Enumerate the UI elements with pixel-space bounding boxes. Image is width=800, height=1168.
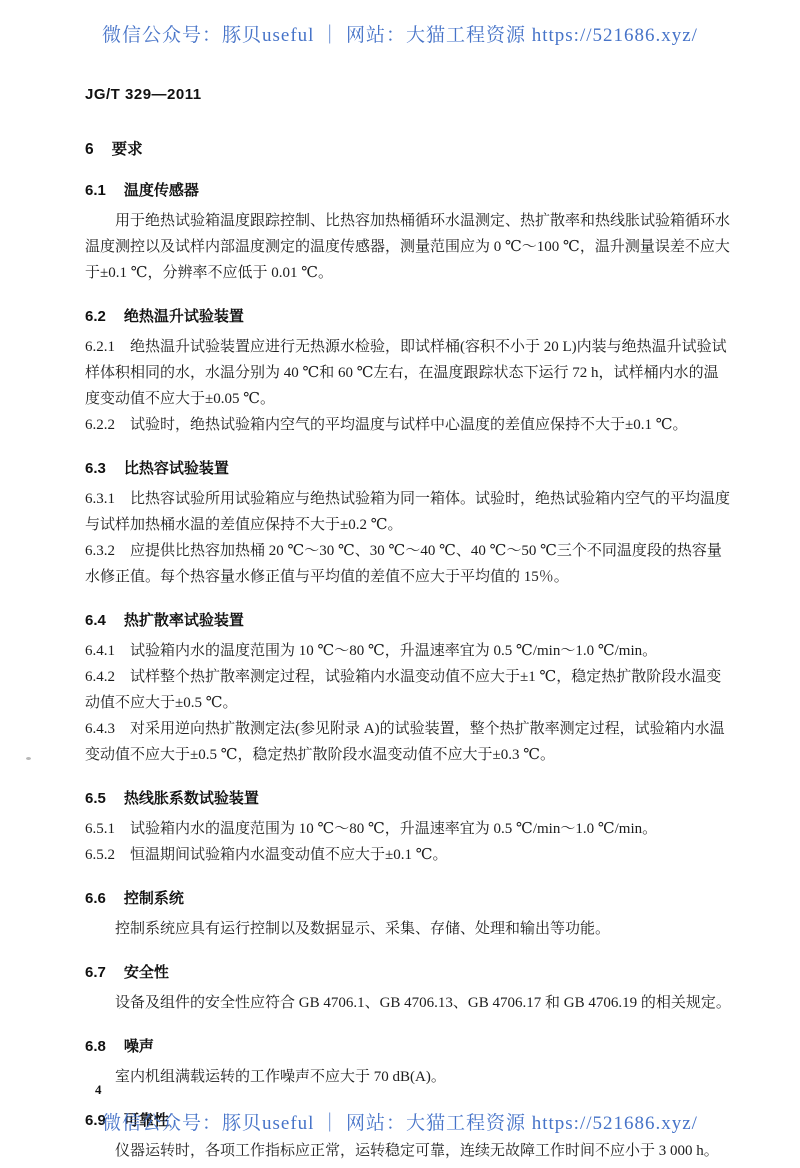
clause: 6.5.2恒温期间试验箱内水温变动值不应大于±0.1 ℃。 xyxy=(85,842,732,868)
clause: 6.4.1试验箱内水的温度范围为 10 ℃～80 ℃，升温速率宜为 0.5 ℃/… xyxy=(85,638,732,664)
section-6-2: 6.2绝热温升试验装置 6.2.1绝热温升试验装置应进行无热源水检验，即试样桶(… xyxy=(85,307,732,438)
clause: 6.3.2应提供比热容加热桶 20 ℃～30 ℃、30 ℃～40 ℃、40 ℃～… xyxy=(85,538,732,590)
section-heading: 6.2绝热温升试验装置 xyxy=(85,307,732,327)
section-heading: 6.3比热容试验装置 xyxy=(85,459,732,479)
section-heading: 6.4热扩散率试验装置 xyxy=(85,611,732,631)
watermark-bottom: 微信公众号：豚贝useful ｜ 网站：大猫工程资源 https://52168… xyxy=(0,1108,800,1135)
paragraph: 控制系统应具有运行控制以及数据显示、采集、存储、处理和输出等功能。 xyxy=(85,916,732,942)
scan-artifact-dot xyxy=(26,757,31,760)
chapter-heading: 6要求 xyxy=(85,140,732,160)
section-heading: 6.6控制系统 xyxy=(85,889,732,909)
clause: 6.5.1试验箱内水的温度范围为 10 ℃～80 ℃，升温速率宜为 0.5 ℃/… xyxy=(85,816,732,842)
section-heading: 6.1温度传感器 xyxy=(85,181,732,201)
watermark-top: 微信公众号：豚贝useful ｜ 网站：大猫工程资源 https://52168… xyxy=(0,20,800,47)
section-6-8: 6.8噪声 室内机组满载运转的工作噪声不应大于 70 dB(A)。 xyxy=(85,1037,732,1090)
paragraph: 用于绝热试验箱温度跟踪控制、比热容加热桶循环水温测定、热扩散率和热线胀试验箱循环… xyxy=(85,208,732,286)
standard-code: JG/T 329—2011 xyxy=(85,86,202,103)
document-body: 6要求 6.1温度传感器 用于绝热试验箱温度跟踪控制、比热容加热桶循环水温测定、… xyxy=(85,128,732,1164)
section-heading: 6.7安全性 xyxy=(85,963,732,983)
paragraph: 室内机组满载运转的工作噪声不应大于 70 dB(A)。 xyxy=(85,1064,732,1090)
section-6-7: 6.7安全性 设备及组件的安全性应符合 GB 4706.1、GB 4706.13… xyxy=(85,963,732,1016)
page-number: 4 xyxy=(95,1082,102,1098)
paragraph: 设备及组件的安全性应符合 GB 4706.1、GB 4706.13、GB 470… xyxy=(85,990,732,1016)
clause: 6.2.1绝热温升试验装置应进行无热源水检验，即试样桶(容积不小于 20 L)内… xyxy=(85,334,732,412)
section-heading: 6.8噪声 xyxy=(85,1037,732,1057)
section-6-1: 6.1温度传感器 用于绝热试验箱温度跟踪控制、比热容加热桶循环水温测定、热扩散率… xyxy=(85,181,732,286)
clause: 6.4.3对采用逆向热扩散测定法(参见附录 A)的试验装置，整个热扩散率测定过程… xyxy=(85,716,732,768)
section-6-3: 6.3比热容试验装置 6.3.1比热容试验所用试验箱应与绝热试验箱为同一箱体。试… xyxy=(85,459,732,590)
clause: 6.2.2试验时，绝热试验箱内空气的平均温度与试样中心温度的差值应保持不大于±0… xyxy=(85,412,732,438)
paragraph: 仪器运转时，各项工作指标应正常，运转稳定可靠，连续无故障工作时间不应小于 3 0… xyxy=(85,1138,732,1164)
chapter-title: 要求 xyxy=(112,141,143,158)
clause: 6.4.2试样整个热扩散率测定过程，试验箱内水温变动值不应大于±1 ℃，稳定热扩… xyxy=(85,664,732,716)
section-6-4: 6.4热扩散率试验装置 6.4.1试验箱内水的温度范围为 10 ℃～80 ℃，升… xyxy=(85,611,732,768)
section-heading: 6.5热线胀系数试验装置 xyxy=(85,789,732,809)
section-6-6: 6.6控制系统 控制系统应具有运行控制以及数据显示、采集、存储、处理和输出等功能… xyxy=(85,889,732,942)
chapter-number: 6 xyxy=(85,141,94,158)
section-6-5: 6.5热线胀系数试验装置 6.5.1试验箱内水的温度范围为 10 ℃～80 ℃，… xyxy=(85,789,732,868)
clause: 6.3.1比热容试验所用试验箱应与绝热试验箱为同一箱体。试验时，绝热试验箱内空气… xyxy=(85,486,732,538)
